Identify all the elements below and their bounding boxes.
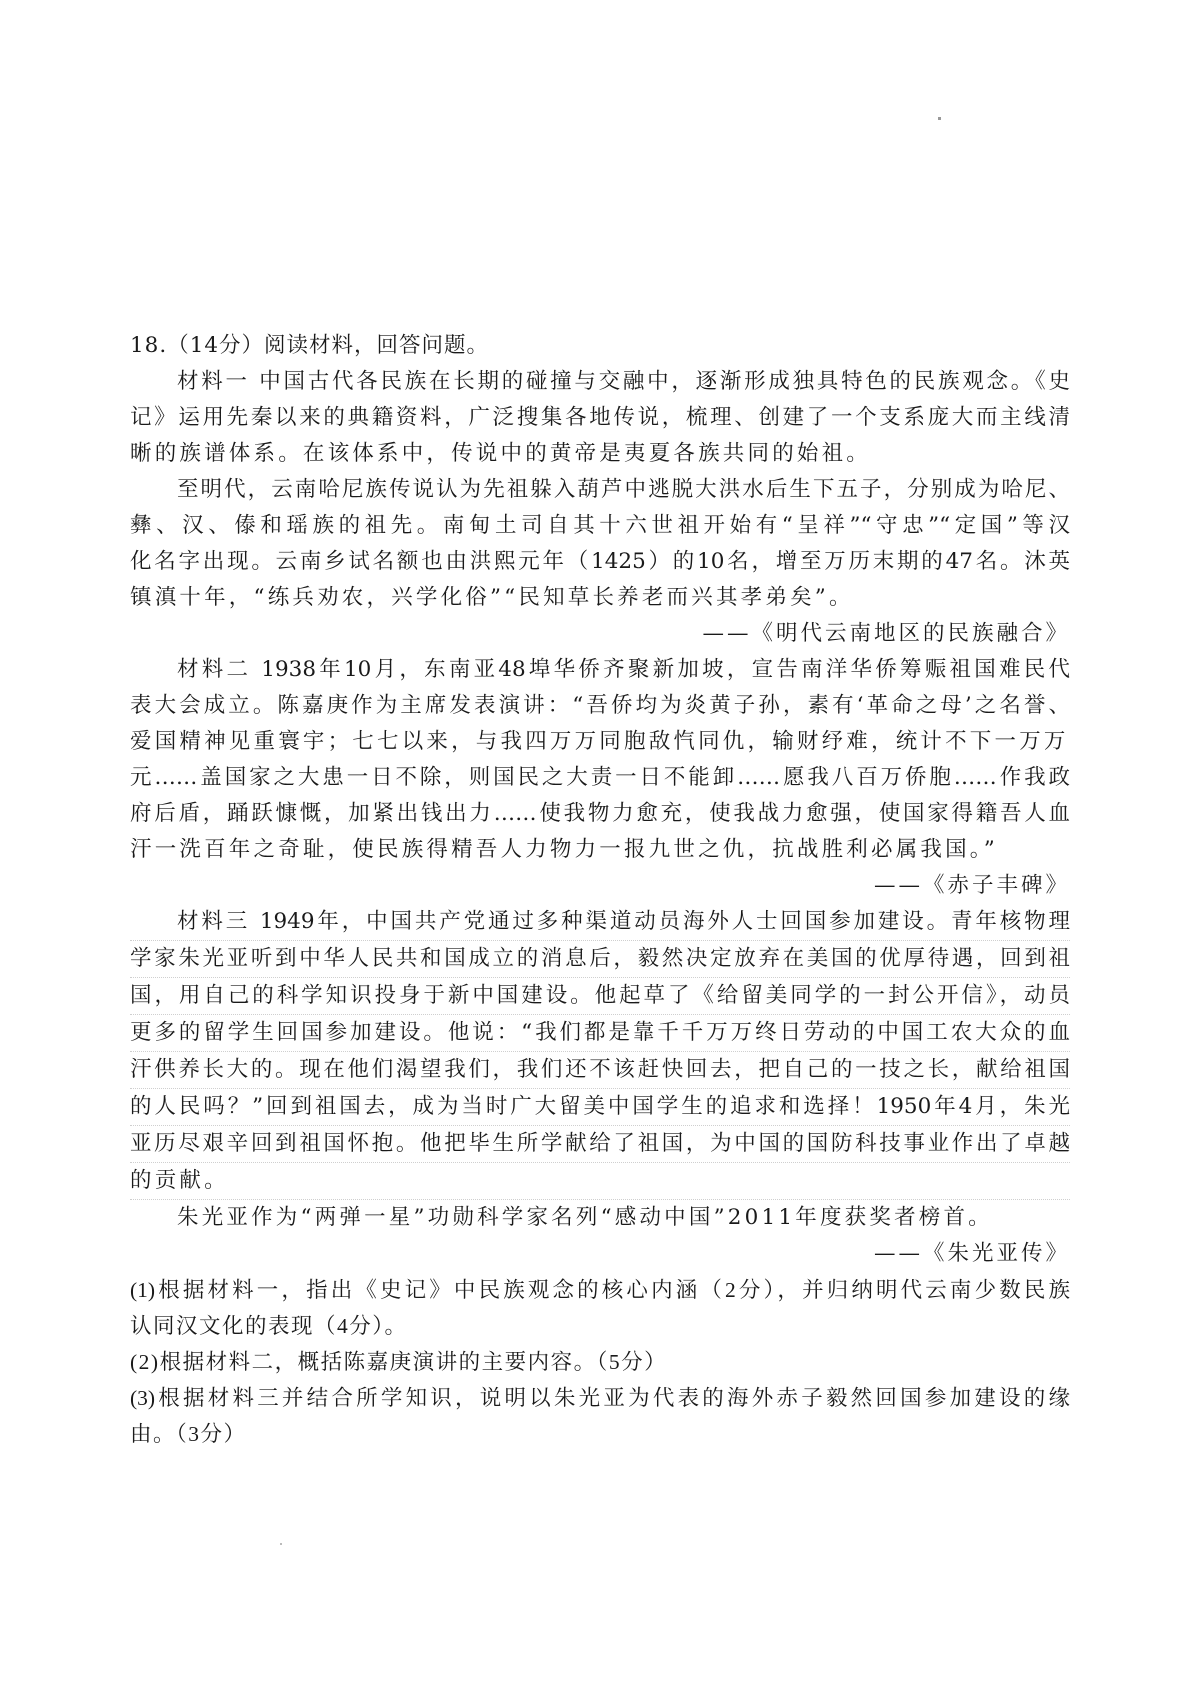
material-1-source: ——《明代云南地区的民族融合》 xyxy=(130,616,1070,652)
material-1-line: 镇滇十年，“练兵劝农，兴学化俗”“民知草长养老而兴其孝弟矣”。 xyxy=(130,580,1070,616)
material-2-line: 汗一洗百年之奇耻，使民族得精吾人力物力一报九世之仇，抗战胜利必属我国。” xyxy=(130,832,1070,868)
material-2-line: 元……盖国家之大患一日不除，则国民之大责一日不能卸……愿我八百万侨胞……作我政 xyxy=(130,760,1070,796)
material-1-line: 晰的族谱体系。在该体系中，传说中的黄帝是夷夏各族共同的始祖。 xyxy=(130,436,1070,472)
sub-question-3: 由。（3分） xyxy=(130,1416,1070,1452)
question-header: 18.（14分）阅读材料，回答问题。 xyxy=(130,328,1070,364)
exam-question: 18.（14分）阅读材料，回答问题。 材料一 中国古代各民族在长期的碰撞与交融中… xyxy=(130,328,1070,1452)
material-3-line: 的人民吗？”回到祖国去，成为当时广大留美中国学生的追求和选择！1950年4月，朱… xyxy=(130,1089,1070,1126)
material-3-line: 学家朱光亚听到中华人民共和国成立的消息后，毅然决定放弃在美国的优厚待遇，回到祖 xyxy=(130,941,1070,978)
material-2-line: 材料二 1938年10月，东南亚48埠华侨齐聚新加坡，宣告南洋华侨筹赈祖国难民代 xyxy=(130,652,1070,688)
material-3-line: 的贡献。 xyxy=(130,1163,1070,1200)
material-3: 材料三 1949年，中国共产党通过多种渠道动员海外人士回国参加建设。青年核物理 … xyxy=(130,904,1070,1272)
material-3-line: 材料三 1949年，中国共产党通过多种渠道动员海外人士回国参加建设。青年核物理 xyxy=(130,904,1070,941)
material-1-line: 记》运用先秦以来的典籍资料，广泛搜集各地传说，梳理、创建了一个支系庞大而主线清 xyxy=(130,400,1070,436)
scan-speck xyxy=(280,1543,282,1545)
material-2-source: ——《赤子丰碑》 xyxy=(130,868,1070,904)
material-2-line: 表大会成立。陈嘉庚作为主席发表演讲：“吾侨均为炎黄子孙，素有‘革命之母’之名誉、 xyxy=(130,688,1070,724)
material-1: 材料一 中国古代各民族在长期的碰撞与交融中，逐渐形成独具特色的民族观念。《史 记… xyxy=(130,364,1070,652)
material-3-line: 亚历尽艰辛回到祖国怀抱。他把毕生所学献给了祖国，为中国的国防科技事业作出了卓越 xyxy=(130,1126,1070,1163)
sub-questions: (1)根据材料一，指出《史记》中民族观念的核心内涵（2分），并归纳明代云南少数民… xyxy=(130,1272,1070,1452)
material-1-line: 至明代，云南哈尼族传说认为先祖躲入葫芦中逃脱大洪水后生下五子，分别成为哈尼、 xyxy=(130,472,1070,508)
sub-question-3: (3)根据材料三并结合所学知识，说明以朱光亚为代表的海外赤子毅然回国参加建设的缘 xyxy=(130,1380,1070,1416)
material-1-line: 化名字出现。云南乡试名额也由洪熙元年（1425）的10名，增至万历末期的47名。… xyxy=(130,544,1070,580)
material-1-line: 彝、汉、傣和瑶族的祖先。南甸土司自其十六世祖开始有“呈祥”“守忠”“定国”等汉 xyxy=(130,508,1070,544)
material-1-line: 材料一 中国古代各民族在长期的碰撞与交融中，逐渐形成独具特色的民族观念。《史 xyxy=(130,364,1070,400)
material-3-paragraph-2: 朱光亚作为“两弹一星”功勋科学家名列“感动中国”2011年度获奖者榜首。 xyxy=(130,1200,1070,1236)
material-3-line: 更多的留学生回国参加建设。他说：“我们都是靠千千万万终日劳动的中国工农大众的血 xyxy=(130,1015,1070,1052)
material-2: 材料二 1938年10月，东南亚48埠华侨齐聚新加坡，宣告南洋华侨筹赈祖国难民代… xyxy=(130,652,1070,904)
material-3-line: 国，用自己的科学知识投身于新中国建设。他起草了《给留美同学的一封公开信》，动员 xyxy=(130,978,1070,1015)
material-2-line: 府后盾，踊跃慷慨，加紧出钱出力……使我物力愈充，使我战力愈强，使国家得籍吾人血 xyxy=(130,796,1070,832)
material-2-line: 爱国精神见重寰宇；七七以来，与我四万万同胞敌忾同仇，输财纾难，统计不下一万万 xyxy=(130,724,1070,760)
sub-question-1: (1)根据材料一，指出《史记》中民族观念的核心内涵（2分），并归纳明代云南少数民… xyxy=(130,1272,1070,1308)
sub-question-1: 认同汉文化的表现（4分）。 xyxy=(130,1308,1070,1344)
sub-question-2: (2)根据材料二，概括陈嘉庚演讲的主要内容。（5分） xyxy=(130,1344,1070,1380)
material-3-source: ——《朱光亚传》 xyxy=(130,1236,1070,1272)
material-3-line: 汗供养长大的。现在他们渴望我们，我们还不该赶快回去，把自己的一技之长，献给祖国 xyxy=(130,1052,1070,1089)
scan-speck xyxy=(938,117,941,120)
